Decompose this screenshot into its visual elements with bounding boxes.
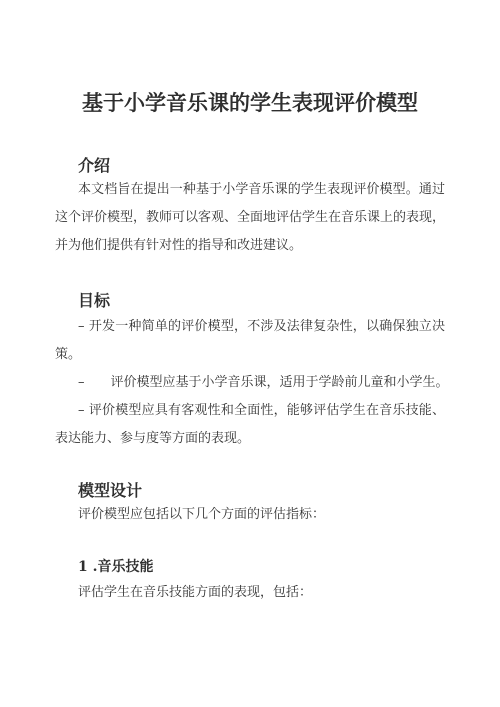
heading-goals: 目标 [55,290,445,311]
goal-item-2: – 评价模型应基于小学音乐课，适用于学龄前儿童和小学生。 [55,369,445,397]
document-content: 基于小学音乐课的学生表现评价模型 介绍 本文档旨在提出一种基于小学音乐课的学生表… [0,91,500,607]
heading-introduction: 介绍 [55,155,445,176]
goal-item-1: – 开发一种简单的评价模型，不涉及法律复杂性，以确保独立决策。 [55,313,445,369]
goal-item-3: – 评价模型应具有客观性和全面性，能够评估学生在音乐技能、表达能力、参与度等方面… [55,397,445,453]
section-introduction: 介绍 本文档旨在提出一种基于小学音乐课的学生表现评价模型。通过这个评价模型，教师… [55,155,445,260]
document-page: 基于小学音乐课的学生表现评价模型 介绍 本文档旨在提出一种基于小学音乐课的学生表… [0,0,500,707]
section-model-design: 模型设计 评价模型应包括以下几个方面的评估指标： 1 .音乐技能 评估学生在音乐… [55,480,445,607]
paragraph-design-lead: 评价模型应包括以下几个方面的评估指标： [55,501,445,529]
heading-model-design: 模型设计 [55,480,445,501]
paragraph-introduction: 本文档旨在提出一种基于小学音乐课的学生表现评价模型。通过这个评价模型，教师可以客… [55,176,445,260]
paragraph-music-skills: 评估学生在音乐技能方面的表现，包括： [55,579,445,607]
subheading-music-skills: 1 .音乐技能 [55,558,445,576]
document-title: 基于小学音乐课的学生表现评价模型 [55,91,445,115]
section-goals: 目标 – 开发一种简单的评价模型，不涉及法律复杂性，以确保独立决策。 – 评价模… [55,290,445,453]
